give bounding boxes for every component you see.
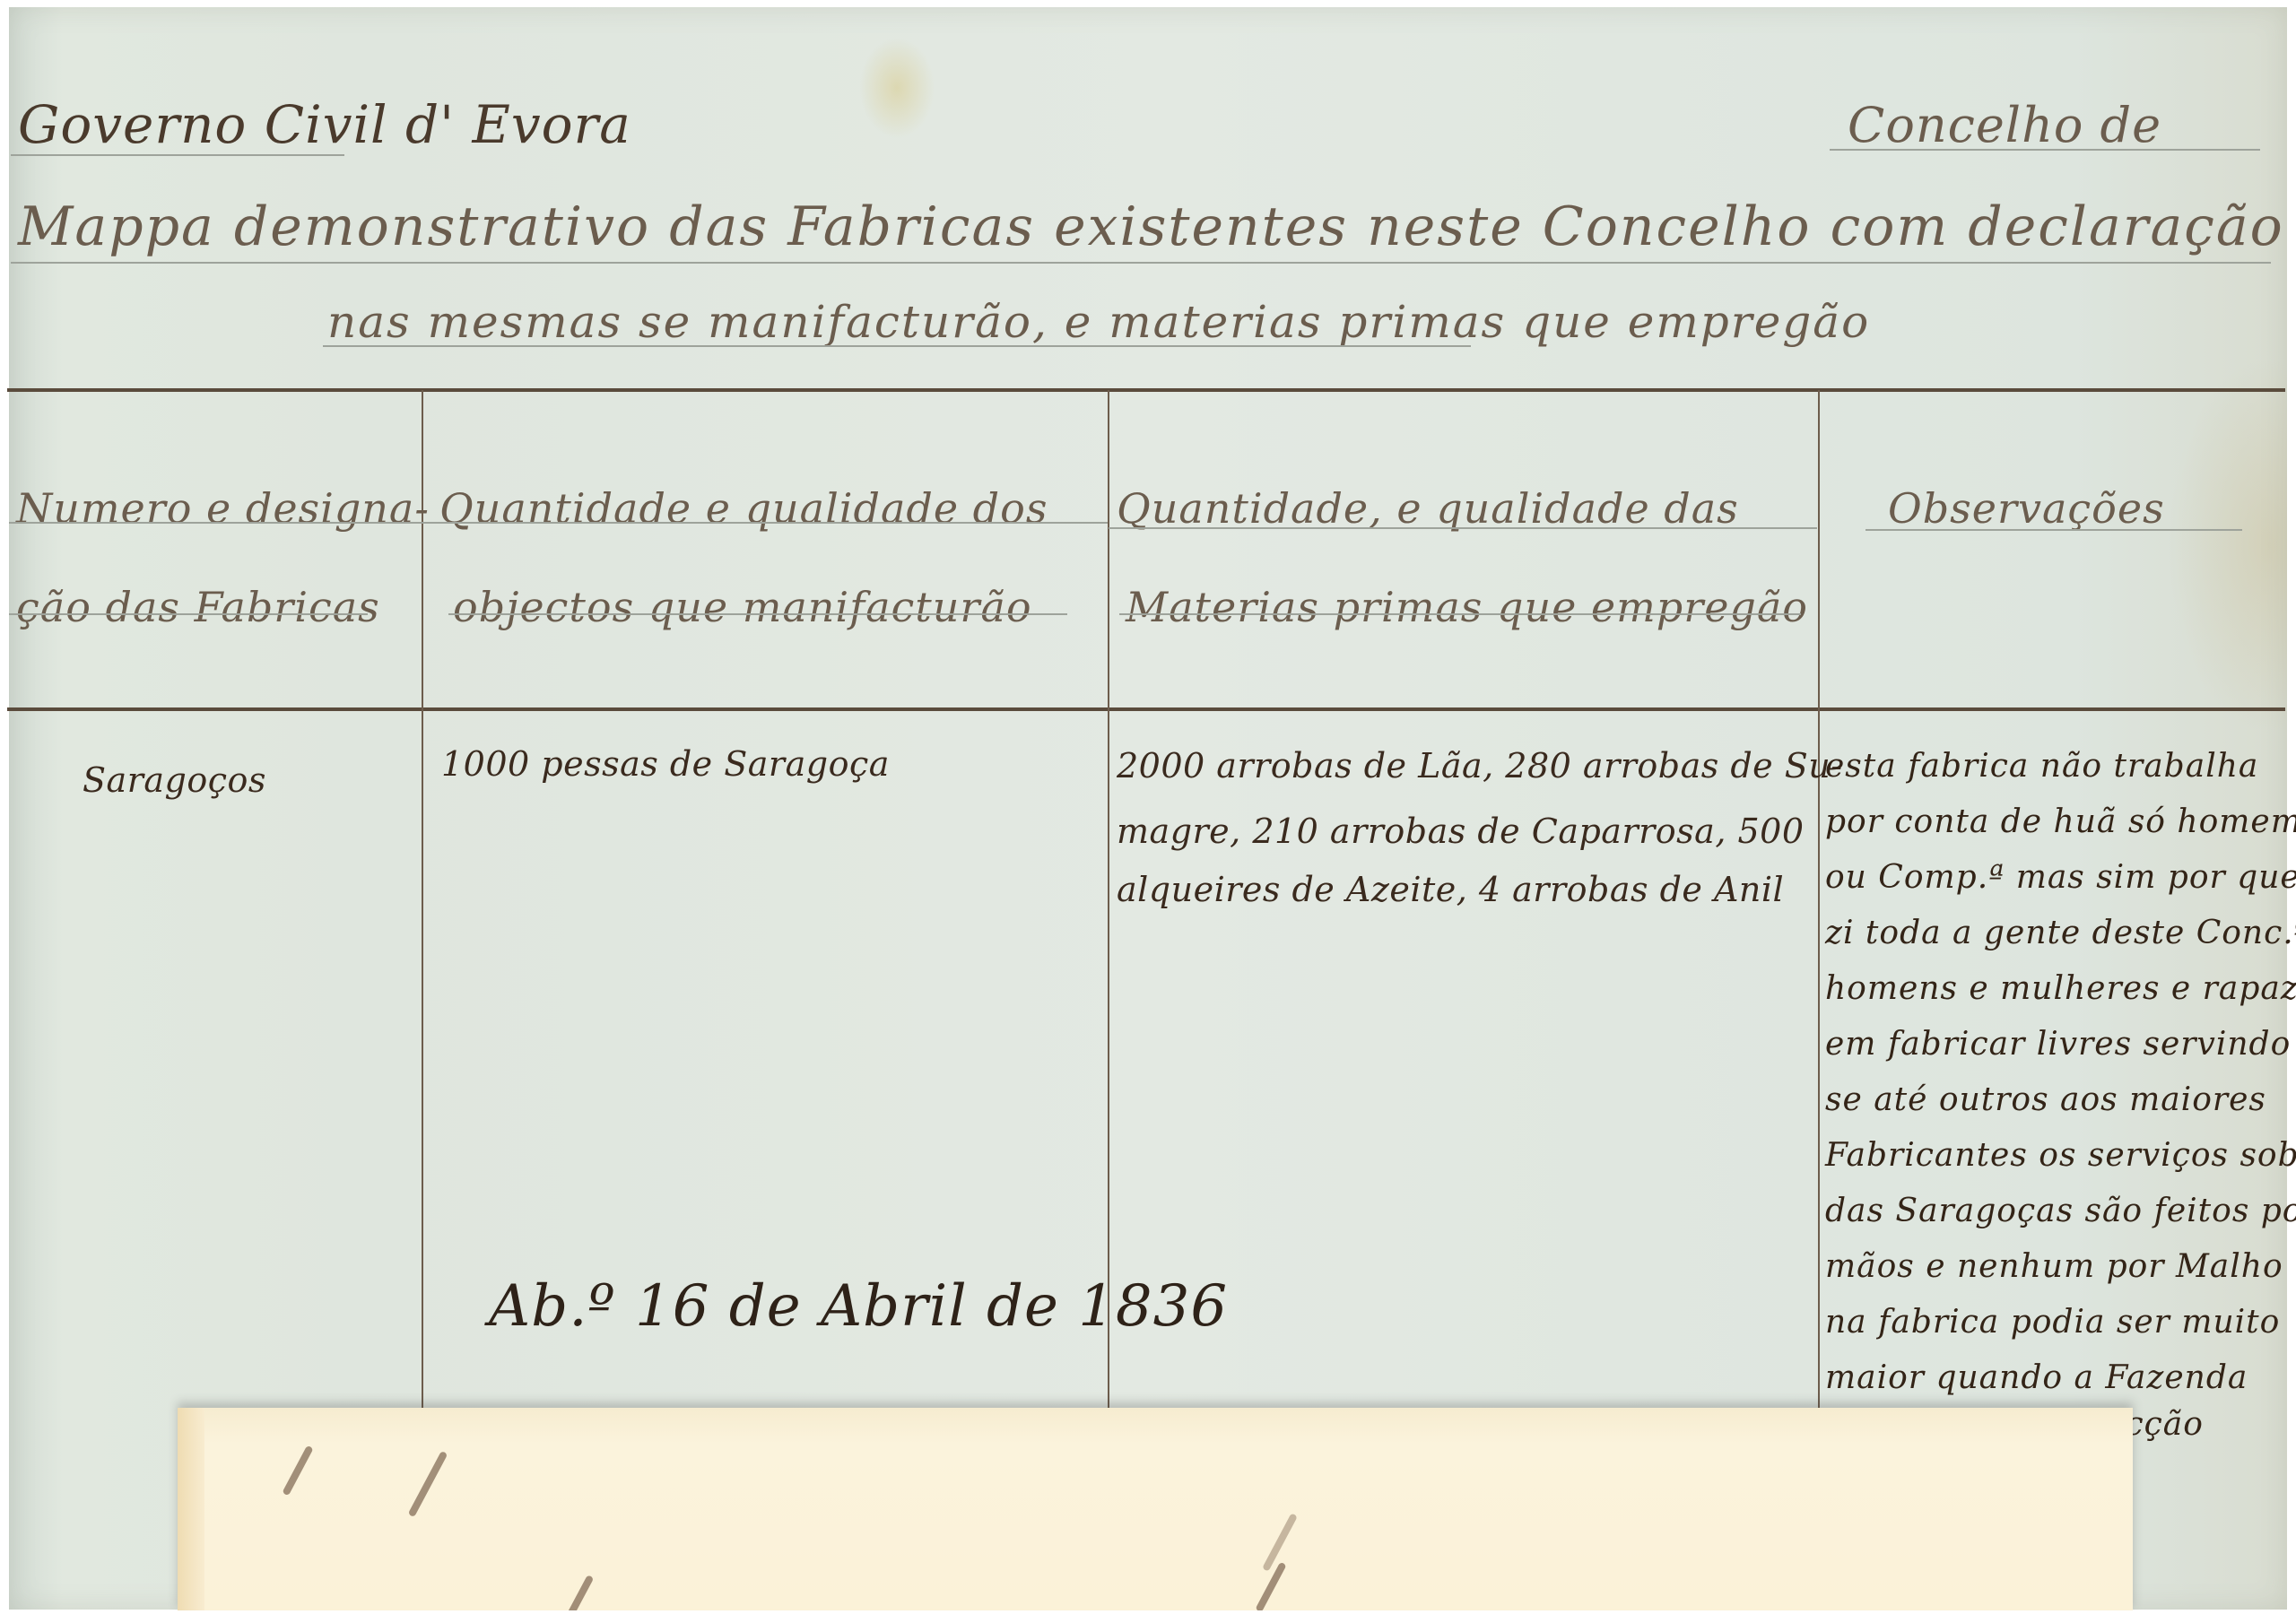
signature-date: Ab.º 16 de Abril de 1836 [489,1273,1228,1340]
row-materias-line-2: magre, 210 arrobas de Caparrosa, 500 [1117,811,1805,851]
header-guide-line [422,522,1108,524]
column-divider-3 [1818,390,1820,1412]
column-divider-2 [1108,390,1109,1412]
header-guide-line [1119,613,1801,615]
row-observacoes-line: esta fabrica não trabalha [1825,737,2258,796]
row-materias-line-3: alqueires de Azeite, 4 arrobas de Anil [1117,870,1784,909]
row-observacoes-line: em fabricar livres servindo [1825,1015,2291,1074]
title-line-2: nas mesmas se manifacturão, e materias p… [327,296,1870,348]
header-right-title: Concelho de [1848,97,2161,153]
column-header-observacoes: Observações [1888,484,2165,533]
table-header-bottom-rule [7,707,2285,711]
ink-bleed-stroke [1255,1562,1286,1613]
header-guide-line [1109,527,1817,529]
header-left-title: Governo Civil d' Evora [18,94,631,155]
row-fabrica: Saragoços [83,760,266,800]
row-observacoes-line: das Saragoças são feitos por [1825,1182,2296,1241]
header-right-underline [1830,149,2260,151]
title-line-1: Mappa demonstrativo das Fabricas existen… [18,195,2296,258]
column-header-objectos-line2: objectos que manifacturão [453,583,1032,631]
row-materias-line-1: 2000 arrobas de Lãa, 280 arrobas de Su- [1117,746,1843,785]
row-observacoes-line: se até outros aos maiores [1825,1071,2266,1130]
header-guide-line [448,613,1067,615]
column-header-materias-line2: Materias primas que empregão [1126,583,1808,631]
column-header-objectos-line1: Quantidade e qualidade dos [439,484,1048,533]
row-observacoes-line: Fabricantes os serviços sobre [1825,1126,2296,1185]
row-observacoes-line: na fabrica podia ser muito [1825,1293,2280,1352]
column-divider-1 [422,390,423,1412]
header-guide-line [1865,529,2242,531]
ink-bleed-stroke [408,1451,448,1517]
sheet-edge [178,1408,204,1612]
overlaid-paper-sheet [178,1408,2133,1612]
row-observacoes-line: homens e mulheres e rapazes [1825,959,2296,1019]
column-header-materias-line1: Quantidade, e qualidade das [1117,484,1739,533]
header-guide-line [9,613,368,615]
table-top-rule [7,388,2285,392]
header-guide-line [9,522,422,524]
title-line-1-underline [11,262,2271,264]
row-objectos: 1000 pessas de Saragoça [441,744,890,784]
row-observacoes-line: mãos e nenhum por Malho [1825,1237,2283,1297]
row-observacoes-line: por conta de huã só homem [1825,793,2296,852]
column-header-fabrica-line2: ção das Fabricas [16,583,380,631]
scan-margin [0,1610,2296,1623]
ink-bleed-stroke [282,1445,313,1497]
header-left-underline [11,154,344,156]
row-observacoes-line: zi toda a gente deste Conc.º [1825,904,2296,963]
column-header-fabrica-line1: Numero e designa- [16,484,430,533]
row-observacoes-line: ou Comp.ª mas sim por que [1825,848,2296,907]
title-line-2-underline [323,345,1471,347]
